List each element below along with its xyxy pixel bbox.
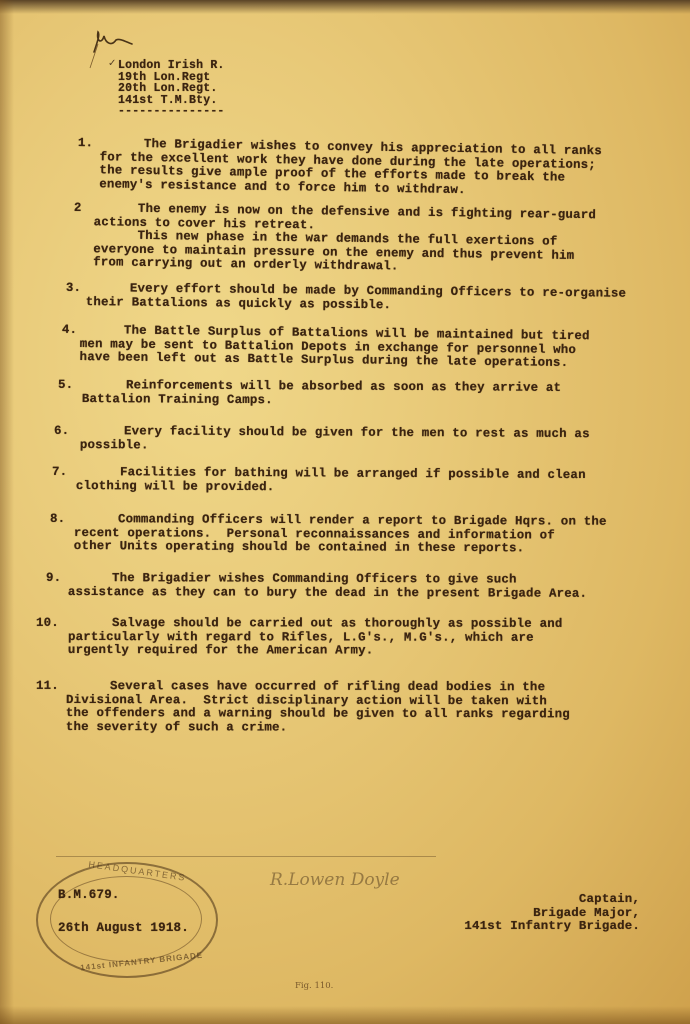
numbered-paragraph: 2The enemy is now on the defensive and i… — [0, 201, 690, 211]
paragraph-line: possible. — [80, 438, 149, 452]
page-shadow-top — [0, 0, 690, 14]
numbered-paragraph: 1.The Brigadier wishes to convey his app… — [0, 136, 690, 147]
document-page: ✓ London Irish R. 19th Lon.Regt 20th Lon… — [0, 0, 690, 1024]
paragraph-number: 11. — [36, 680, 59, 694]
paragraph-line: Battalion Training Camps. — [82, 393, 273, 408]
paragraph-number: 10. — [36, 617, 59, 631]
document-date: 26th August 1918. — [58, 921, 189, 935]
paragraph-line: other Units operating should be containe… — [74, 540, 525, 556]
page-shadow-left — [0, 0, 14, 1024]
paragraph-number: 8. — [50, 513, 65, 527]
signoff-unit: 141st Infantry Brigade. — [420, 920, 640, 934]
reference-number: B.M.679. — [58, 888, 120, 902]
paragraph-number: 2 — [74, 202, 82, 216]
numbered-paragraph: 7.Facilities for bathing will be arrange… — [0, 466, 690, 470]
paragraph-number: 1. — [78, 137, 93, 151]
numbered-paragraph: 4.The Battle Surplus of Battalions will … — [0, 323, 690, 331]
numbered-paragraph: 6.Every facility should be given for the… — [0, 425, 690, 429]
handwritten-signature: R.Lowen Doyle — [270, 870, 400, 890]
paragraph-line: from carrying out an orderly withdrawal. — [93, 256, 399, 274]
figure-caption: Fig. 110. — [295, 981, 333, 991]
paragraph-number: 9. — [46, 572, 61, 586]
paragraph-number: 4. — [62, 324, 77, 338]
paragraph-line: their Battalions as quickly as possible. — [86, 296, 392, 313]
numbered-paragraph: 11.Several cases have occurred of riflin… — [0, 680, 690, 682]
addressee-rule: --------------- — [118, 106, 225, 118]
paragraph-number: 3. — [66, 282, 81, 296]
paragraph-number: 7. — [52, 466, 67, 480]
addressee: London Irish R. — [118, 60, 225, 72]
signature-rule — [56, 856, 436, 857]
headquarters-stamp: HEADQUARTERS 141st INFANTRY BRIGADE — [36, 862, 218, 978]
paragraph-number: 6. — [54, 425, 69, 439]
paragraph-line: urgently required for the American Army. — [68, 644, 373, 658]
numbered-paragraph: 10.Salvage should be carried out as thor… — [0, 617, 690, 618]
paragraph-line: assistance as they can to bury the dead … — [68, 585, 587, 600]
signoff-block: Captain, Brigade Major, 141st Infantry B… — [420, 893, 640, 934]
paragraph-line: clothing will be provided. — [76, 479, 275, 494]
paragraph-number: 5. — [58, 379, 73, 393]
paragraph-line: the severity of such a crime. — [66, 720, 287, 734]
paragraph-line: Every facility should be given for the m… — [124, 425, 590, 441]
numbered-paragraph: 3.Every effort should be made by Command… — [0, 281, 690, 288]
signoff-title: Brigade Major, — [420, 907, 640, 921]
page-shadow-bottom — [0, 1006, 690, 1024]
numbered-paragraph: 9.The Brigadier wishes Commanding Office… — [0, 572, 690, 574]
numbered-paragraph: 8.Commanding Officers will render a repo… — [0, 513, 690, 517]
addressee: 20th Lon.Regt. — [118, 83, 225, 95]
signoff-rank: Captain, — [420, 893, 640, 907]
addressee-list: London Irish R. 19th Lon.Regt 20th Lon.R… — [118, 60, 225, 118]
check-mark-icon: ✓ — [108, 58, 116, 69]
numbered-paragraph: 5.Reinforcements will be absorbed as soo… — [0, 379, 690, 383]
